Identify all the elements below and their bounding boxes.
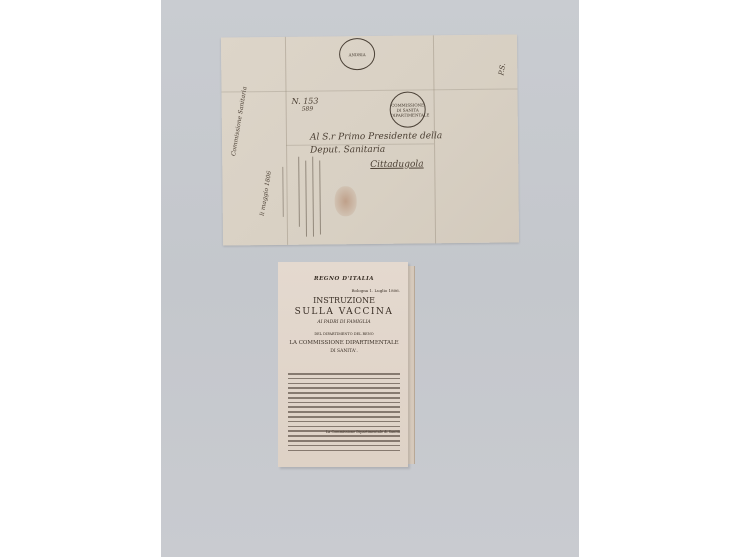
stamp-text: COMMISSIONE DI SANITA DIPARTIMENTALE: [391, 102, 425, 117]
letter-fold: [221, 88, 517, 92]
corner-note: P.S.: [497, 63, 507, 76]
pamphlet-body-text: [288, 373, 400, 454]
printed-pamphlet: REGNO D'ITALIA Bologna 1. Luglio 1806. I…: [278, 262, 408, 467]
letter-number-sub: 589: [302, 106, 314, 113]
side-note: Commissione Sanitaria: [230, 86, 248, 157]
stamp-text: ANDRIA: [340, 51, 374, 56]
letter-fold: [285, 37, 288, 245]
folded-letter: ANDRIA COMMISSIONE DI SANITA DIPARTIMENT…: [221, 34, 519, 245]
pamphlet-title-1: INSTRUZIONE: [288, 296, 400, 305]
address-line-1: Al S.r Primo Presidente della: [310, 131, 442, 142]
letter-number-note: N. 153: [292, 97, 319, 106]
postmark-stamp-top: ANDRIA: [339, 38, 375, 70]
date-note: li maggio 1806: [259, 170, 273, 216]
pamphlet-issuer-2: DI SANITA'.: [288, 349, 400, 354]
pamphlet-dateline: Bologna 1. Luglio 1806.: [288, 288, 400, 293]
rotated-handwriting-block: [294, 156, 335, 236]
pamphlet-header: REGNO D'ITALIA: [288, 276, 400, 282]
address-line-3: Cittadugola: [370, 159, 423, 170]
postmark-stamp-right: COMMISSIONE DI SANITA DIPARTIMENTALE: [389, 91, 425, 127]
wax-seal-stain: [334, 186, 356, 216]
pamphlet-closing: La Commissione Dipartimentale di Sanità: [288, 430, 400, 434]
pamphlet-issuer-small: DEL DIPARTIMENTO DEL RENO: [288, 332, 400, 336]
pamphlet-subtitle: AI PADRI DI FAMIGLIA: [288, 320, 400, 325]
pamphlet-title-2: SULLA VACCINA: [288, 307, 400, 317]
pamphlet-issuer-1: LA COMMISSIONE DIPARTIMENTALE: [288, 340, 400, 346]
address-line-2: Deput. Sanitaria: [310, 145, 385, 156]
